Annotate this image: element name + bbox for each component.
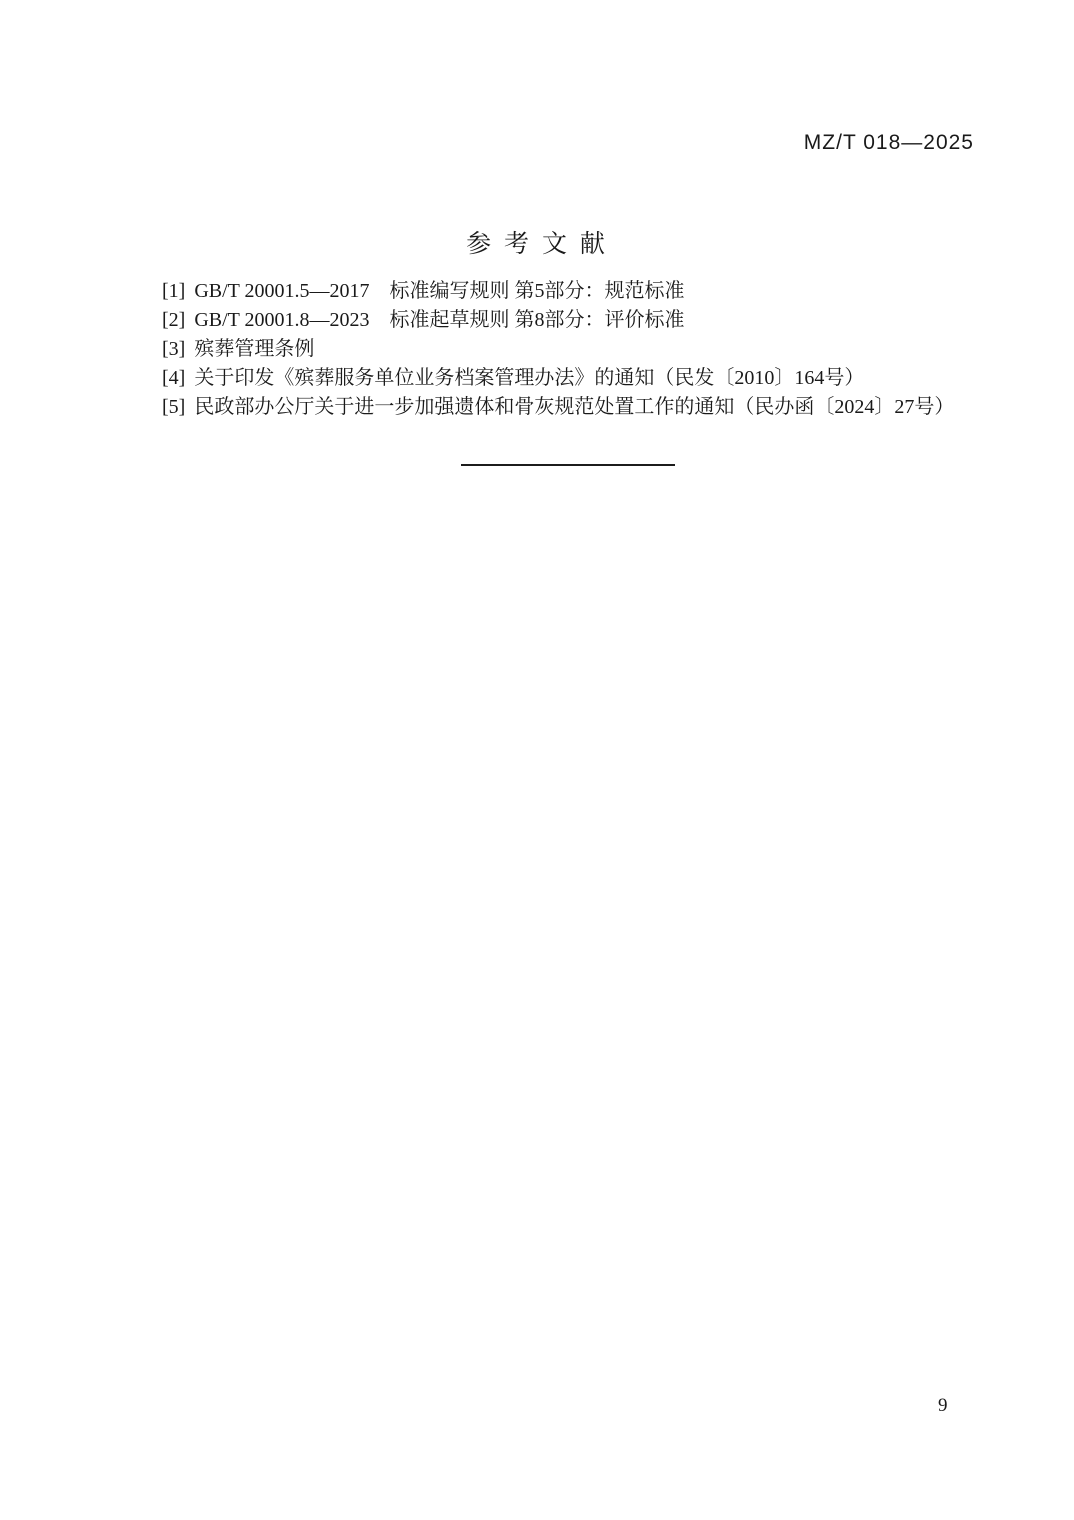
reference-label: [4] — [162, 364, 185, 393]
end-of-document-divider — [461, 464, 675, 466]
reference-text: GB/T 20001.5—2017 标准编写规则 第5部分：规范标准 — [194, 280, 684, 302]
reference-item: [4]关于印发《殡葬服务单位业务档案管理办法》的通知（民发〔2010〕164号） — [162, 364, 954, 393]
reference-label: [5] — [162, 393, 185, 422]
reference-label: [2] — [162, 306, 185, 335]
references-list: [1]GB/T 20001.5—2017 标准编写规则 第5部分：规范标准 [2… — [162, 277, 954, 422]
reference-label: [1] — [162, 277, 185, 306]
reference-text: 民政部办公厅关于进一步加强遗体和骨灰规范处置工作的通知（民办函〔2024〕27号… — [194, 396, 954, 418]
reference-label: [3] — [162, 335, 185, 364]
reference-text: 殡葬管理条例 — [194, 338, 314, 360]
references-title: 参 考 文 献 — [0, 224, 1074, 260]
reference-text: GB/T 20001.8—2023 标准起草规则 第8部分：评价标准 — [194, 309, 684, 331]
reference-text: 关于印发《殡葬服务单位业务档案管理办法》的通知（民发〔2010〕164号） — [194, 367, 864, 389]
reference-item: [1]GB/T 20001.5—2017 标准编写规则 第5部分：规范标准 — [162, 277, 954, 306]
page-number: 9 — [938, 1395, 948, 1417]
standard-code-header: MZ/T 018—2025 — [804, 131, 974, 155]
document-page: MZ/T 018—2025 参 考 文 献 [1]GB/T 20001.5—20… — [0, 0, 1074, 1520]
reference-item: [3]殡葬管理条例 — [162, 335, 954, 364]
reference-item: [2]GB/T 20001.8—2023 标准起草规则 第8部分：评价标准 — [162, 306, 954, 335]
reference-item: [5]民政部办公厅关于进一步加强遗体和骨灰规范处置工作的通知（民办函〔2024〕… — [162, 393, 954, 422]
